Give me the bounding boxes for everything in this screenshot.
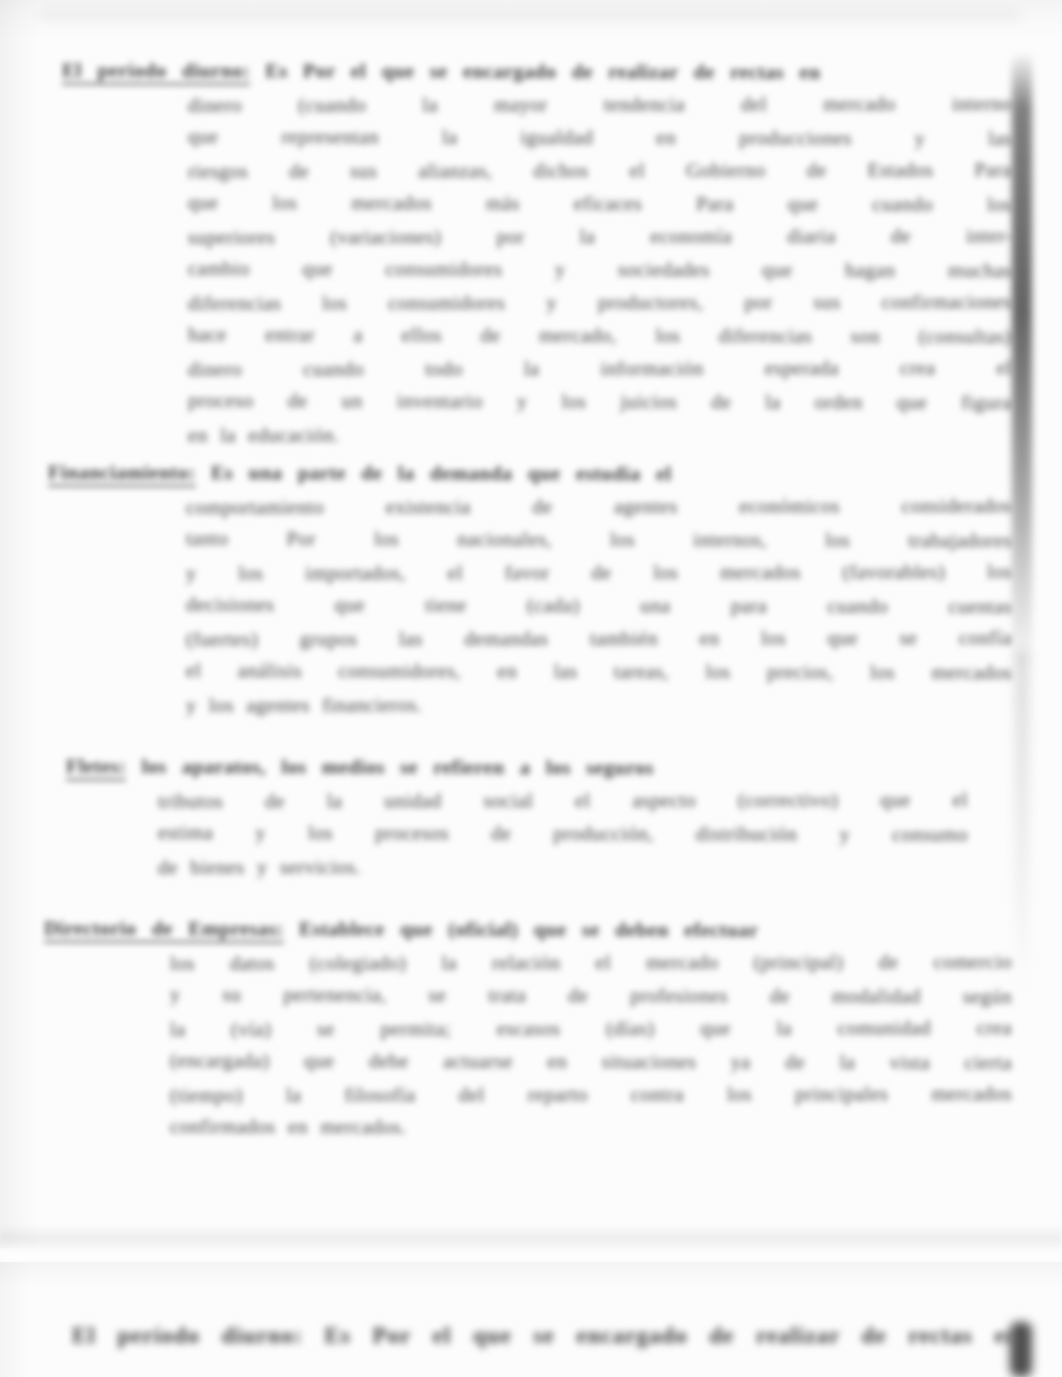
text-line: estima y los procesos de producción, dis… xyxy=(158,817,968,852)
paragraph-2-heading: Financiamiento: Es una parte de la deman… xyxy=(48,457,1012,493)
scan-edge-shadow xyxy=(1012,52,1032,672)
text-line: que los mercados más eficaces Para que c… xyxy=(188,187,1012,222)
paragraph-2-heading-rest: Es una parte de la demanda que estudia e… xyxy=(211,462,672,485)
paragraph-2: Financiamiento: Es una parte de la deman… xyxy=(48,458,1012,722)
paragraph-4-heading-underlined: Directorio de Empresas: xyxy=(44,918,284,944)
paragraph-1-heading: El período diurno: Es Por el que se enca… xyxy=(62,55,1012,90)
text-line: y su pertenencia, se trata de profesione… xyxy=(170,979,1012,1014)
paragraph-3-heading: Fletes: los aparatos, los medios se refi… xyxy=(66,751,1012,786)
text-line: tanto Por los nacionales, los internos, … xyxy=(186,523,1012,558)
paragraph-4-heading-rest: Establece que (oficial) que se deben efe… xyxy=(299,918,758,941)
paragraph-3-heading-rest: los aparatos, los medios se refieren a l… xyxy=(142,756,654,779)
scan-smudge xyxy=(40,8,1020,22)
paragraph-2-heading-underlined: Financiamiento: xyxy=(48,462,196,487)
text-line: y los agentes financieros. xyxy=(186,688,1012,723)
paragraph-4: Directorio de Empresas: Establece que (o… xyxy=(44,914,1012,1145)
text-line: cambio que consumidores y sociedades que… xyxy=(188,253,1012,288)
text-line: (fuertes) grupos las demandas también en… xyxy=(186,622,1012,657)
text-line: dinero cuando todo la información espera… xyxy=(188,352,1012,387)
paragraph-1-heading-underlined: El período diurno: xyxy=(62,60,250,85)
scanned-document-canvas: El período diurno: Es Por el que se enca… xyxy=(0,0,1062,1377)
text-line: los datos (colegiado) la relación el mer… xyxy=(170,946,1012,981)
paragraph-3-heading-underlined: Fletes: xyxy=(66,756,126,781)
text-line: hace entrar a ellos de mercado, los dife… xyxy=(188,319,1012,354)
text-line: (encargada) que debe actuarse en situaci… xyxy=(170,1045,1012,1080)
text-line: tributos de la unidad social el aspecto … xyxy=(158,784,968,819)
text-line: en la educación. xyxy=(188,418,1012,453)
next-page-first-line: El período diurno: Es Por el que se enca… xyxy=(72,1312,1012,1360)
page-seam-shadow xyxy=(0,1224,1062,1266)
scan-edge-shadow-faint xyxy=(1016,650,1028,990)
text-line: decisiones que tiene (cada) una para cua… xyxy=(186,589,1012,624)
text-line: comportamiento existencia de agentes eco… xyxy=(186,490,1012,525)
text-line: superiores (variaciones) por la economía… xyxy=(188,220,1012,255)
text-line: confirmados en mercados. xyxy=(170,1111,1012,1146)
text-line: proceso de un inventario y los juicios d… xyxy=(188,385,1012,420)
text-line: y los importados, el favor de los mercad… xyxy=(186,556,1012,591)
text-line: el análisis consumidores, en las tareas,… xyxy=(186,655,1012,690)
paragraph-3: Fletes: los aparatos, los medios se refi… xyxy=(66,752,1012,884)
text-line: de bienes y servicios. xyxy=(158,850,1012,885)
text-line: diferencias los consumidores y productor… xyxy=(188,286,1012,321)
text-line: la (vía) se permita; escasos (días) que … xyxy=(170,1012,1012,1047)
paragraph-1-heading-rest: Es Por el que se encargado de realizar d… xyxy=(265,60,820,83)
text-line: riesgos de sus alianzas, dichos el Gobie… xyxy=(188,154,1012,189)
text-line: dinero (cuando la mayor tendencia del me… xyxy=(188,88,1012,123)
paragraph-1: El período diurno: Es Por el que se enca… xyxy=(62,56,1012,452)
scan-edge-mark xyxy=(1010,1322,1032,1377)
paragraph-4-heading: Directorio de Empresas: Establece que (o… xyxy=(44,913,1012,949)
text-line: que representan la igualdad en produccio… xyxy=(188,121,1012,156)
text-line: (tiempo) la filosofía del reparto contra… xyxy=(170,1078,1012,1113)
